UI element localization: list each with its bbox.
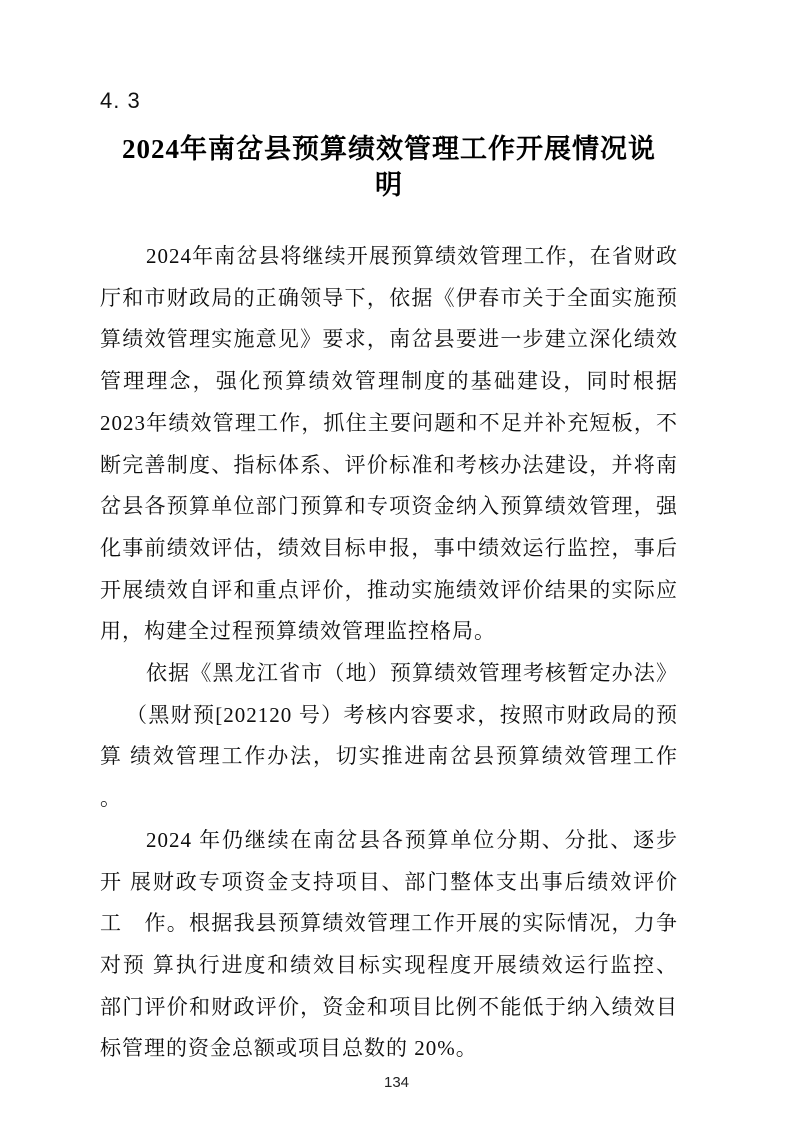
document-page: 4. 3 2024年南岔县预算绩效管理工作开展情况说 明 2024年南岔县将继续… (0, 0, 793, 1122)
page-number: 134 (0, 1074, 793, 1091)
paragraph-3-line: 标管理的资金总额或项目总数的 20%。 (100, 1028, 678, 1070)
paragraph-1-line: 断完善制度、指标体系、评价标准和考核办法建设，并将南 (100, 445, 678, 487)
section-number: 4. 3 (100, 88, 141, 114)
paragraph-3-line: 对预 算执行进度和绩效目标实现程度开展绩效运行监控、 (100, 945, 678, 987)
document-title: 2024年南岔县预算绩效管理工作开展情况说 明 (100, 131, 678, 203)
paragraph-1-line: 管理理念，强化预算绩效管理制度的基础建设，同时根据 (100, 361, 678, 403)
document-title-line-1: 2024年南岔县预算绩效管理工作开展情况说 (100, 131, 678, 167)
document-title-line-2: 明 (100, 167, 678, 203)
paragraph-1-line: 岔县各预算单位部门预算和专项资金纳入预算绩效管理，强 (100, 486, 678, 528)
paragraph-2-line: （黑财预[202120 号）考核内容要求，按照市财政局的预 (100, 695, 678, 737)
paragraph-1-line: 2024年南岔县将继续开展预算绩效管理工作，在省财政 (100, 236, 678, 278)
paragraph-1-line: 厅和市财政局的正确领导下，依据《伊春市关于全面实施预 (100, 278, 678, 320)
paragraph-2-line: 算 绩效管理工作办法，切实推进南岔县预算绩效管理工作 (100, 736, 678, 778)
paragraph-1-line: 算绩效管理实施意见》要求，南岔县要进一步建立深化绩效 (100, 319, 678, 361)
paragraph-3-line: 2024 年仍继续在南岔县各预算单位分期、分批、逐步 (100, 820, 678, 862)
paragraph-2-line: 依据《黑龙江省市（地）预算绩效管理考核暂定办法》 (100, 653, 678, 695)
paragraph-1-line: 化事前绩效评估，绩效目标申报，事中绩效运行监控，事后 (100, 528, 678, 570)
document-body: 2024年南岔县将继续开展预算绩效管理工作，在省财政 厅和市财政局的正确领导下，… (100, 236, 678, 1070)
paragraph-3-line: 部门评价和财政评价，资金和项目比例不能低于纳入绩效目 (100, 987, 678, 1029)
paragraph-3-line: 工 作。根据我县预算绩效管理工作开展的实际情况，力争 (100, 903, 678, 945)
paragraph-1-line: 开展绩效自评和重点评价，推动实施绩效评价结果的实际应 (100, 570, 678, 612)
paragraph-1-line: 用，构建全过程预算绩效管理监控格局。 (100, 611, 678, 653)
paragraph-1-line: 2023年绩效管理工作，抓住主要问题和不足并补充短板，不 (100, 403, 678, 445)
paragraph-2-line: 。 (100, 778, 678, 820)
paragraph-3-line: 开 展财政专项资金支持项目、部门整体支出事后绩效评价 (100, 862, 678, 904)
